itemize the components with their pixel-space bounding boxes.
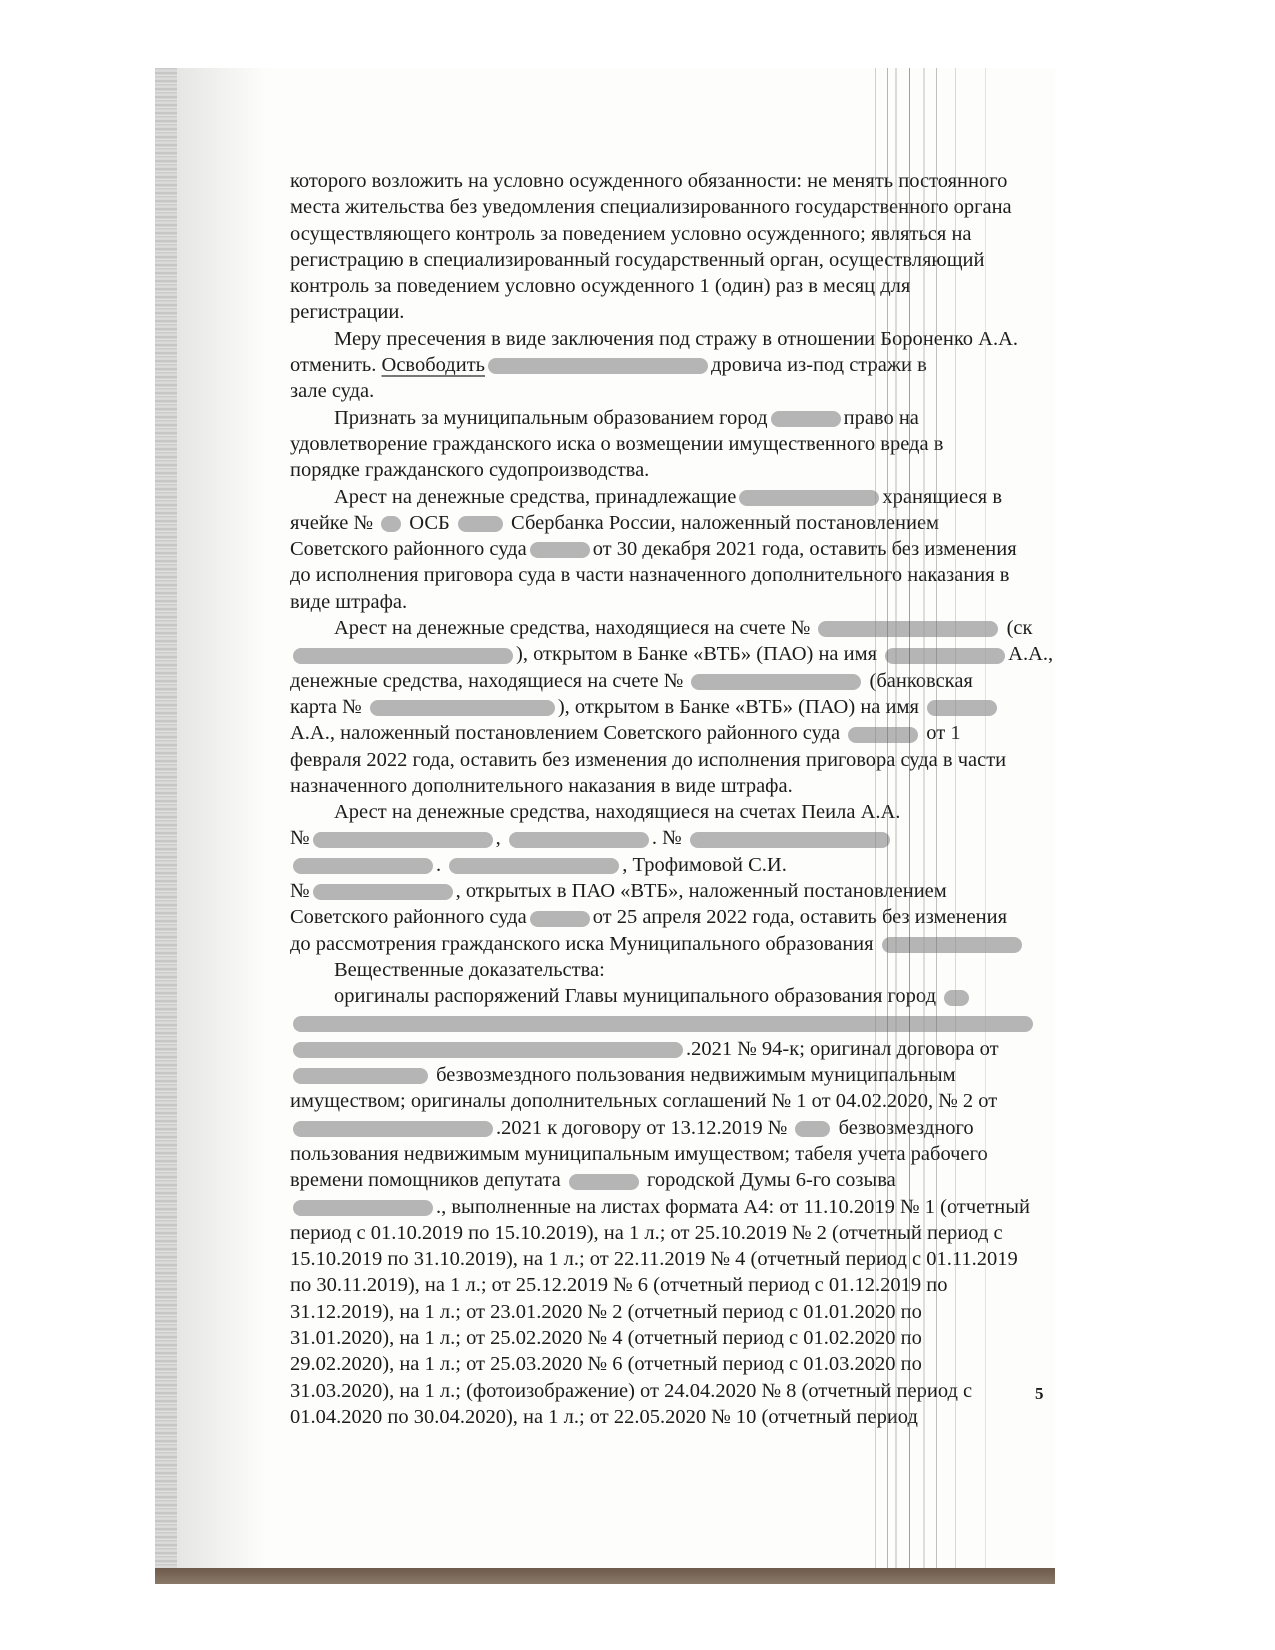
redaction-mark	[293, 1121, 493, 1137]
text-segment: (ск	[1001, 617, 1032, 639]
text-line: февраля 2022 года, оставить без изменени…	[290, 747, 1055, 773]
redaction-mark	[293, 648, 513, 664]
text-line: оригиналы распоряжений Главы муниципальн…	[290, 983, 1055, 1009]
text-line: времени помощников депутата городской Ду…	[290, 1167, 1055, 1193]
text-line: 31.01.2020), на 1 л.; от 25.02.2020 № 4 …	[290, 1325, 1055, 1351]
text-segment: до исполнения приговора суда в части наз…	[290, 564, 1009, 586]
text-line: ), открытом в Банке «ВТБ» (ПАО) на имя А…	[290, 641, 1055, 667]
redaction-mark	[449, 858, 619, 874]
text-segment: контроль за поведением условно осужденно…	[290, 275, 910, 297]
text-segment: осуществляющего контроль за поведением у…	[290, 223, 972, 245]
text-line: назначенного дополнительного наказания в…	[290, 773, 1055, 799]
text-segment: Арест на денежные средства, находящиеся …	[334, 617, 815, 639]
text-line: контроль за поведением условно осужденно…	[290, 273, 1055, 299]
redaction-mark	[293, 1042, 683, 1058]
text-line: места жительства без уведомления специал…	[290, 194, 1055, 220]
text-line: Арест на денежные средства, находящиеся …	[290, 615, 1055, 641]
redaction-mark	[690, 832, 890, 848]
text-segment: А.А., наложенный постановлением Советско…	[290, 722, 845, 744]
text-line: осуществляющего контроль за поведением у…	[290, 221, 1055, 247]
text-segment: от 30 декабря 2021 года, оставить без из…	[593, 538, 1017, 560]
text-line: удовлетворение гражданского иска о возме…	[290, 431, 1055, 457]
text-segment: право на	[844, 407, 919, 429]
redaction-mark	[509, 832, 649, 848]
text-segment: , открытых в ПАО «ВТБ», наложенный поста…	[456, 880, 947, 902]
redaction-mark	[381, 516, 401, 532]
redaction-mark	[293, 1016, 1033, 1032]
text-segment: (банковская	[864, 670, 972, 692]
text-line: Арест на денежные средства, находящиеся …	[290, 799, 1055, 825]
text-segment: Сбербанка России, наложенный постановлен…	[506, 512, 939, 534]
text-line: 31.03.2020), на 1 л.; (фотоизображение) …	[290, 1378, 1055, 1404]
text-segment: от 25 апреля 2022 года, оставить без изм…	[593, 906, 1007, 928]
text-line: имуществом; оригиналы дополнительных сог…	[290, 1088, 1055, 1114]
text-segment: 31.03.2020), на 1 л.; (фотоизображение) …	[290, 1380, 972, 1402]
text-line: 15.10.2019 по 31.10.2019), на 1 л.; от 2…	[290, 1246, 1055, 1272]
page-number: 5	[1035, 1384, 1044, 1404]
redaction-mark	[458, 516, 503, 532]
text-segment: регистрации.	[290, 301, 404, 323]
text-segment: пользования недвижимым муниципальным иму…	[290, 1143, 988, 1165]
text-segment: 15.10.2019 по 31.10.2019), на 1 л.; от 2…	[290, 1248, 1018, 1270]
text-segment: №	[290, 880, 310, 902]
redaction-mark	[569, 1174, 639, 1190]
text-line: отменить. Освободитьдровича из-под страж…	[290, 352, 1055, 378]
redaction-mark	[313, 832, 493, 848]
text-line: 01.04.2020 по 30.04.2020), на 1 л.; от 2…	[290, 1404, 1055, 1430]
text-line: до рассмотрения гражданского иска Муници…	[290, 931, 1055, 957]
text-segment: период с 01.10.2019 по 15.10.2019), на 1…	[290, 1222, 1003, 1244]
redaction-mark	[771, 411, 841, 427]
redaction-mark	[927, 700, 997, 716]
text-segment: Советского районного суда	[290, 906, 527, 928]
text-line: до исполнения приговора суда в части наз…	[290, 562, 1055, 588]
text-line: Меру пресечения в виде заключения под ст…	[290, 326, 1055, 352]
text-line: по 30.11.2019), на 1 л.; от 25.12.2019 №…	[290, 1272, 1055, 1298]
text-line: 31.12.2019), на 1 л.; от 23.01.2020 № 2 …	[290, 1299, 1055, 1325]
text-segment: №	[290, 827, 310, 849]
text-segment: безвозмездного	[833, 1117, 973, 1139]
text-segment: виде штрафа.	[290, 591, 407, 613]
text-segment: .2021 № 94-к; оригинал договора от	[686, 1038, 999, 1060]
redaction-mark	[370, 700, 555, 716]
text-segment: регистрацию в специализированный государ…	[290, 249, 984, 271]
text-segment: Арест на денежные средства, принадлежащи…	[334, 486, 736, 508]
text-segment: от 1	[921, 722, 960, 744]
scanned-page: которого возложить на условно осужденног…	[155, 68, 1055, 1568]
text-segment: назначенного дополнительного наказания в…	[290, 775, 793, 797]
text-line: . , Трофимовой С.И.	[290, 852, 1055, 878]
text-segment: оригиналы распоряжений Главы муниципальн…	[334, 985, 941, 1007]
text-segment: .	[436, 854, 446, 876]
text-line: 29.02.2020), на 1 л.; от 25.03.2020 № 6 …	[290, 1351, 1055, 1377]
text-segment: отменить.	[290, 354, 382, 376]
text-segment: дровича из-под стражи в	[711, 354, 927, 376]
text-segment: Меру пресечения в виде заключения под ст…	[334, 328, 1018, 350]
text-line: пользования недвижимым муниципальным иму…	[290, 1141, 1055, 1167]
redaction-mark	[530, 911, 590, 927]
text-segment: места жительства без уведомления специал…	[290, 196, 1012, 218]
text-line: .2021 № 94-к; оригинал договора от	[290, 1036, 1055, 1062]
underlined-text: Освободить	[382, 354, 486, 376]
text-line: регистрацию в специализированный государ…	[290, 247, 1055, 273]
scan-edge-shadow	[155, 68, 177, 1568]
text-segment: которого возложить на условно осужденног…	[290, 170, 1007, 192]
document-body: которого возложить на условно осужденног…	[290, 168, 1055, 1430]
text-line: №, . №	[290, 825, 1055, 851]
text-segment: порядке гражданского судопроизводства.	[290, 459, 649, 481]
text-line: Арест на денежные средства, принадлежащи…	[290, 484, 1055, 510]
text-line: карта № ), открытом в Банке «ВТБ» (ПАО) …	[290, 694, 1055, 720]
text-segment: .2021 к договору от 13.12.2019 №	[496, 1117, 792, 1139]
redaction-mark	[488, 358, 708, 374]
text-segment: , Трофимовой С.И.	[622, 854, 787, 876]
redaction-mark	[691, 674, 861, 690]
text-segment: хранящиеся в	[882, 486, 1002, 508]
text-segment: ячейке №	[290, 512, 378, 534]
text-line: Советского районного судаот 30 декабря 2…	[290, 536, 1055, 562]
text-line: ячейке № ОСБ Сбербанка России, наложенны…	[290, 510, 1055, 536]
redaction-mark	[885, 648, 1005, 664]
redaction-mark	[530, 542, 590, 558]
redaction-mark	[795, 1121, 830, 1137]
text-line: период с 01.10.2019 по 15.10.2019), на 1…	[290, 1220, 1055, 1246]
text-segment: имуществом; оригиналы дополнительных сог…	[290, 1090, 997, 1112]
redaction-mark	[848, 727, 918, 743]
redaction-mark	[882, 937, 1022, 953]
text-segment: Арест на денежные средства, находящиеся …	[334, 801, 900, 823]
redaction-mark	[313, 884, 453, 900]
text-segment: ОСБ	[404, 512, 455, 534]
text-line: ., выполненные на листах формата А4: от …	[290, 1194, 1055, 1220]
text-line: Советского районного судаот 25 апреля 20…	[290, 904, 1055, 930]
text-segment: Вещественные доказательства:	[334, 959, 605, 981]
text-line: безвозмездного пользования недвижимым му…	[290, 1062, 1055, 1088]
text-segment: безвозмездного пользования недвижимым му…	[431, 1064, 956, 1086]
redaction-mark	[293, 1200, 433, 1216]
text-segment: времени помощников депутата	[290, 1169, 566, 1191]
text-segment: городской Думы 6-го созыва	[642, 1169, 896, 1191]
text-line: виде штрафа.	[290, 589, 1055, 615]
text-line: порядке гражданского судопроизводства.	[290, 457, 1055, 483]
text-line: которого возложить на условно осужденног…	[290, 168, 1055, 194]
text-line: денежные средства, находящиеся на счете …	[290, 668, 1055, 694]
redaction-mark	[739, 490, 879, 506]
text-segment: ,	[496, 827, 506, 849]
text-segment: Признать за муниципальным образованием г…	[334, 407, 768, 429]
redaction-mark	[293, 1068, 428, 1084]
text-segment: Советского районного суда	[290, 538, 527, 560]
text-segment: удовлетворение гражданского иска о возме…	[290, 433, 943, 455]
redaction-mark	[293, 858, 433, 874]
text-segment: . №	[652, 827, 687, 849]
text-line: А.А., наложенный постановлением Советско…	[290, 720, 1055, 746]
text-segment: по 30.11.2019), на 1 л.; от 25.12.2019 №…	[290, 1274, 947, 1296]
text-segment: ), открытом в Банке «ВТБ» (ПАО) на имя	[516, 643, 882, 665]
text-line: Вещественные доказательства:	[290, 957, 1055, 983]
scan-bottom-edge	[155, 1568, 1055, 1584]
text-segment: 29.02.2020), на 1 л.; от 25.03.2020 № 6 …	[290, 1353, 922, 1375]
text-line: №, открытых в ПАО «ВТБ», наложенный пост…	[290, 878, 1055, 904]
text-segment: денежные средства, находящиеся на счете …	[290, 670, 688, 692]
text-line	[290, 1010, 1055, 1036]
text-segment: 31.01.2020), на 1 л.; от 25.02.2020 № 4 …	[290, 1327, 922, 1349]
text-line: регистрации.	[290, 299, 1055, 325]
text-segment: ), открытом в Банке «ВТБ» (ПАО) на имя	[558, 696, 924, 718]
text-segment: зале суда.	[290, 380, 374, 402]
text-segment: до рассмотрения гражданского иска Муници…	[290, 933, 879, 955]
text-segment: 31.12.2019), на 1 л.; от 23.01.2020 № 2 …	[290, 1301, 922, 1323]
redaction-mark	[944, 990, 969, 1006]
text-line: Признать за муниципальным образованием г…	[290, 405, 1055, 431]
text-segment: ., выполненные на листах формата А4: от …	[436, 1196, 1030, 1218]
text-line: зале суда.	[290, 378, 1055, 404]
text-line: .2021 к договору от 13.12.2019 № безвозм…	[290, 1115, 1055, 1141]
text-segment: февраля 2022 года, оставить без изменени…	[290, 749, 1006, 771]
redaction-mark	[818, 621, 998, 637]
scan-edge-gradient	[177, 68, 267, 1568]
text-segment: 01.04.2020 по 30.04.2020), на 1 л.; от 2…	[290, 1406, 918, 1428]
text-segment: карта №	[290, 696, 367, 718]
text-segment: А.А.,	[1008, 643, 1053, 665]
